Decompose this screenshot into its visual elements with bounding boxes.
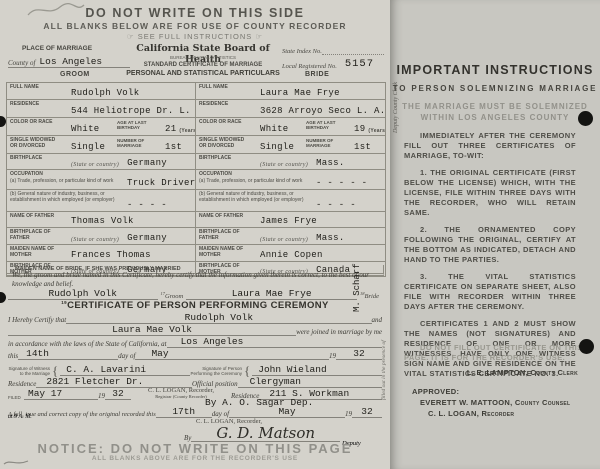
bride-birthplace-hint: (State or country) <box>260 162 308 168</box>
bride-marriage-number-value: 1st <box>346 136 385 153</box>
bride-occupation-a-value: - - - - - <box>308 170 385 189</box>
groom-father-value: Thomas Volk <box>63 212 195 227</box>
groom-age-suffix: (Years) <box>179 128 195 134</box>
registrar-label: Registrar (County Recorder) <box>155 394 206 399</box>
bride-column-heading: BRIDE <box>305 71 329 78</box>
brace-glyph-2: { <box>242 366 252 376</box>
standard-certificate-label: STANDARD CERTIFICATE OF MARRIAGE <box>118 62 288 68</box>
row-residence: RESIDENCE544 Heliotrope Dr. L. A. RESIDE… <box>7 100 385 118</box>
bride-age-value: 19 <box>354 124 365 134</box>
signatures-row: Signature of Witness to the Marriage { C… <box>8 360 382 376</box>
local-registered-row: Local Registered No. 5157 <box>282 58 384 70</box>
row-marital-status: SINGLE WIDOWED OR DIVORCED Single NUMBER… <box>7 136 385 154</box>
county-clerk-line: L. E. LAMPTON, County Clerk <box>390 368 590 377</box>
bride-age-label: AGE AT LAST BIRTHDAY <box>306 118 346 135</box>
bride-signature: Laura Mae Frye <box>186 288 357 300</box>
accordance-line: in accordance with the laws of the State… <box>8 336 382 348</box>
hole-punch <box>579 339 594 354</box>
groom-father-bp-value: Germany <box>127 233 167 243</box>
certify-line-1: I Hereby Certify that Rudolph Volk and <box>8 312 382 324</box>
bride-father-bp-value: Mass. <box>316 233 345 243</box>
instruction-paragraph: 1. THE ORIGINAL CERTIFICATE (FIRST BELOW… <box>404 168 576 218</box>
bride-full-name-value: Laura Mae Frye <box>252 83 385 99</box>
deputy-signature: G. D. Matson <box>216 424 315 442</box>
year-printed: 19 <box>329 352 336 360</box>
county-of-label: County of <box>8 59 35 67</box>
bride-birthplace-label: BIRTHPLACE <box>196 154 252 169</box>
ceremony-year: 32 <box>336 348 382 360</box>
bride-status-label: SINGLE WIDOWED OR DIVORCED <box>196 136 252 153</box>
instructions-faded-note: DO NOT FILL OUT CERTIFICATE ON THIS PAGE… <box>404 343 584 363</box>
groom-father-bp-hint: (State or country) <box>71 237 119 243</box>
row-birthplace: BIRTHPLACE (State or country)Germany BIR… <box>7 154 385 170</box>
ceremony-month: May <box>135 348 329 360</box>
instructions-faded-heading: THE MARRIAGE MUST BE SOLEMNIZED WITHIN L… <box>398 101 592 123</box>
bride-father-bp-label: BIRTHPLACE OF FATHER <box>196 228 252 244</box>
ceremony-place: Los Angeles <box>167 336 382 348</box>
approved-label: APPROVED: <box>412 387 459 396</box>
notice-footer: NOTICE: DO NOT WRITE ON THIS PAGE <box>0 441 390 456</box>
instruction-paragraph: IMMEDIATELY AFTER THE CEREMONY FILL OUT … <box>404 131 576 161</box>
bride-marriage-number-label: NUMBER OF MARRIAGE <box>306 136 346 153</box>
bride-occupation-label: OCCUPATION <box>199 171 306 177</box>
ceremony-name-2: Laura Mae Volk <box>8 324 296 336</box>
bride-father-bp-hint: (State or country) <box>260 237 308 243</box>
groom-occupation-label: OCCUPATION <box>10 171 117 177</box>
groom-occupation-b-label: (b) General nature of industry, business… <box>7 190 119 211</box>
bride-word: Bride <box>365 293 379 300</box>
recorders-use-footer: ALL BLANKS ABOVE ARE FOR THE RECORDER'S … <box>0 455 390 462</box>
parties-signature-line: Rudolph Volk 17Groom Laura Mae Frye 18Br… <box>8 288 382 300</box>
row-father-birthplace: BIRTHPLACE OF FATHER (State or country)G… <box>7 228 385 245</box>
recorder-name: C. L. LOGAN, Recorder, <box>148 387 214 394</box>
groom-birthplace-value: Germany <box>127 158 167 168</box>
deputy-signature-row: By G. D. Matson <box>184 426 340 442</box>
see-instructions-note: ☞ SEE FULL INSTRUCTIONS ☞ <box>0 32 390 41</box>
groom-residence-value: 544 Heliotrope Dr. L. A. <box>63 100 195 117</box>
bride-mother-value: Annie Copen <box>252 245 385 261</box>
witness-name: C. A. Lavarini <box>60 364 190 376</box>
accordance-text: in accordance with the laws of the State… <box>8 340 167 348</box>
county-row: County of Los Angeles <box>8 56 130 68</box>
copy-month: May <box>229 406 345 418</box>
copy-day-of: day of <box>212 410 229 418</box>
state-index-row: State Index No. <box>282 46 384 55</box>
groom-marriage-number-label: NUMBER OF MARRIAGE <box>117 136 157 153</box>
bride-occupation-b-label: (b) General nature of industry, business… <box>196 190 308 211</box>
official-position-value: Clergyman <box>238 376 382 388</box>
ceremony-day: 14th <box>18 348 118 360</box>
copy-day: 17th <box>156 406 212 418</box>
copy-line: A full, true and correct copy of the ori… <box>8 406 382 418</box>
groom-mother-label: MAIDEN NAME OF MOTHER <box>7 245 63 261</box>
groom-father-bp-label: BIRTHPLACE OF FATHER <box>7 228 63 244</box>
groom-birthplace-label: BIRTHPLACE <box>7 154 63 169</box>
groom-occupation-a-value: Truck Driver <box>119 170 195 189</box>
date-line: this 14th day of May 19 32 <box>8 348 382 360</box>
bride-father-label: NAME OF FATHER <box>196 212 252 227</box>
witness-residence-label: Residence <box>8 380 36 388</box>
county-value: Los Angeles <box>39 56 102 67</box>
groom-age-label: AGE AT LAST BIRTHDAY <box>117 118 157 135</box>
certificate-page: DO NOT WRITE ON THIS SIDE ALL BLANKS BEL… <box>0 0 390 469</box>
instructions-subtitle: TO PERSON SOLEMNIZING MARRIAGE <box>390 84 600 93</box>
bride-age-suffix: (Years) <box>368 128 385 134</box>
filed-year-printed: 19 <box>98 392 105 400</box>
groom-residence-label: RESIDENCE <box>7 100 63 117</box>
bride-color-label: COLOR OR RACE <box>196 118 252 135</box>
groom-father-label: NAME OF FATHER <box>7 212 63 227</box>
instruction-paragraph: 3. THE VITAL STATISTICS CERTIFICATE ON S… <box>404 272 576 312</box>
this-word: this <box>8 352 18 360</box>
do-not-write-heading: DO NOT WRITE ON THIS SIDE <box>0 6 390 20</box>
and-word: and <box>372 316 383 324</box>
row-full-name: FULL NAMERudolph Volk FULL NAMELaura Mae… <box>7 83 385 100</box>
groom-full-name-value: Rudolph Volk <box>63 83 195 99</box>
certify-label: I Hereby Certify that <box>8 316 66 324</box>
row-mother-name: MAIDEN NAME OF MOTHERFrances Thomas MAID… <box>7 245 385 262</box>
copy-year: 32 <box>352 406 382 418</box>
joined-text: were joined in marriage by me <box>296 328 382 336</box>
copy-year-printed: 19 <box>345 410 352 418</box>
groom-status-label: SINGLE WIDOWED OR DIVORCED <box>7 136 63 153</box>
groom-marriage-number-value: 1st <box>157 136 195 153</box>
county-counsel-line: EVERETT W. MATTOON, County Counsel <box>420 398 570 407</box>
filed-row: FILED May 17 19 32 C. L. LOGAN, Recorder… <box>8 388 382 400</box>
certify-line-2: Laura Mae Volk were joined in marriage b… <box>8 324 382 336</box>
groom-signature: Rudolph Volk <box>8 288 158 300</box>
margin-witness-name: M. Scharf <box>352 242 362 312</box>
heading-text: CERTIFICATE OF PERSON PERFORMING CEREMON… <box>67 300 329 311</box>
instruction-paragraph: 2. THE ORNAMENTED COPY FOLLOWING THE ORI… <box>404 225 576 265</box>
groom-full-name-label: FULL NAME <box>7 83 63 99</box>
groom-word: Groom <box>165 293 183 300</box>
witness-signature-label: Signature of Witness to the Marriage <box>8 366 50 376</box>
bureau-label: BUREAU OF VITAL STATISTICS <box>118 55 288 60</box>
performer-signature-label: Signature of Person Performing the Cerem… <box>190 366 242 376</box>
groom-occupation-b-value: - - - - <box>119 190 195 211</box>
ceremony-name-1: Rudolph Volk <box>66 312 371 324</box>
groom-column-heading: GROOM <box>60 71 90 78</box>
groom-color-value: White <box>63 118 117 135</box>
row-father-name: NAME OF FATHERThomas Volk NAME OF FATHER… <box>7 212 385 228</box>
recorder-approval-line: C. L. LOGAN, Recorder <box>428 409 514 418</box>
bride-birthplace-value: Mass. <box>316 158 345 168</box>
parties-certification-statement: We, the groom and bride named in this Ce… <box>12 271 374 288</box>
bride-occupation-a-label: (a) Trade, profession, or particular kin… <box>199 178 306 184</box>
bride-occupation-b-value: - - - - <box>308 190 385 211</box>
row-occupation-a: OCCUPATION(a) Trade, profession, or part… <box>7 170 385 190</box>
place-of-marriage-label: PLACE OF MARRIAGE <box>22 45 92 52</box>
bride-mother-label: MAIDEN NAME OF MOTHER <box>196 245 252 261</box>
local-registered-number: 5157 <box>345 58 374 70</box>
groom-birthplace-hint: (State or country) <box>71 162 119 168</box>
groom-status-value: Single <box>63 136 117 153</box>
particulars-label: PERSONAL AND STATISTICAL PARTICULARS <box>98 70 308 77</box>
copy-time: at 9 A. M. <box>8 414 32 420</box>
brace-glyph: { <box>50 366 60 376</box>
performer-name: John Wieland <box>252 364 382 376</box>
row-color-age: COLOR OR RACE White AGE AT LAST BIRTHDAY… <box>7 118 385 136</box>
bride-residence-value: 3628 Arroyo Seco L. A. <box>252 100 385 117</box>
groom-mother-value: Frances Thomas <box>63 245 195 261</box>
instructions-title: IMPORTANT INSTRUCTIONS <box>390 63 600 77</box>
filed-year: 32 <box>105 388 131 400</box>
groom-occupation-a-label: (a) Trade, profession, or particular kin… <box>10 178 117 184</box>
bride-color-value: White <box>252 118 306 135</box>
bride-father-value: James Frye <box>252 212 385 227</box>
ceremony-certificate-heading: 19CERTIFICATE OF PERSON PERFORMING CEREM… <box>0 300 390 311</box>
state-index-label: State Index No. <box>282 48 322 55</box>
bride-full-name-label: FULL NAME <box>196 83 252 99</box>
pencil-mark <box>2 456 32 468</box>
bride-residence-label: RESIDENCE <box>196 100 252 117</box>
scanned-marriage-certificate: { "colors": { "paper_left": "#d4d2cb", "… <box>0 0 600 469</box>
filed-date: May 17 <box>24 388 98 400</box>
day-of-label: day of <box>118 352 135 360</box>
all-blanks-subheading: ALL BLANKS BELOW ARE FOR USE OF COUNTY R… <box>0 21 390 31</box>
groom-age-value: 21 <box>165 124 176 134</box>
filed-label: FILED <box>8 395 24 400</box>
particulars-form-grid: FULL NAMERudolph Volk FULL NAMELaura Mae… <box>6 82 386 277</box>
groom-color-label: COLOR OR RACE <box>7 118 63 135</box>
state-index-blank <box>322 46 384 55</box>
row-occupation-b: (b) General nature of industry, business… <box>7 190 385 212</box>
bride-status-value: Single <box>252 136 306 153</box>
margin-presence-label: filled out in the presence of <box>381 340 387 400</box>
local-registered-label: Local Registered No. <box>282 63 337 70</box>
hole-punch <box>578 111 593 126</box>
